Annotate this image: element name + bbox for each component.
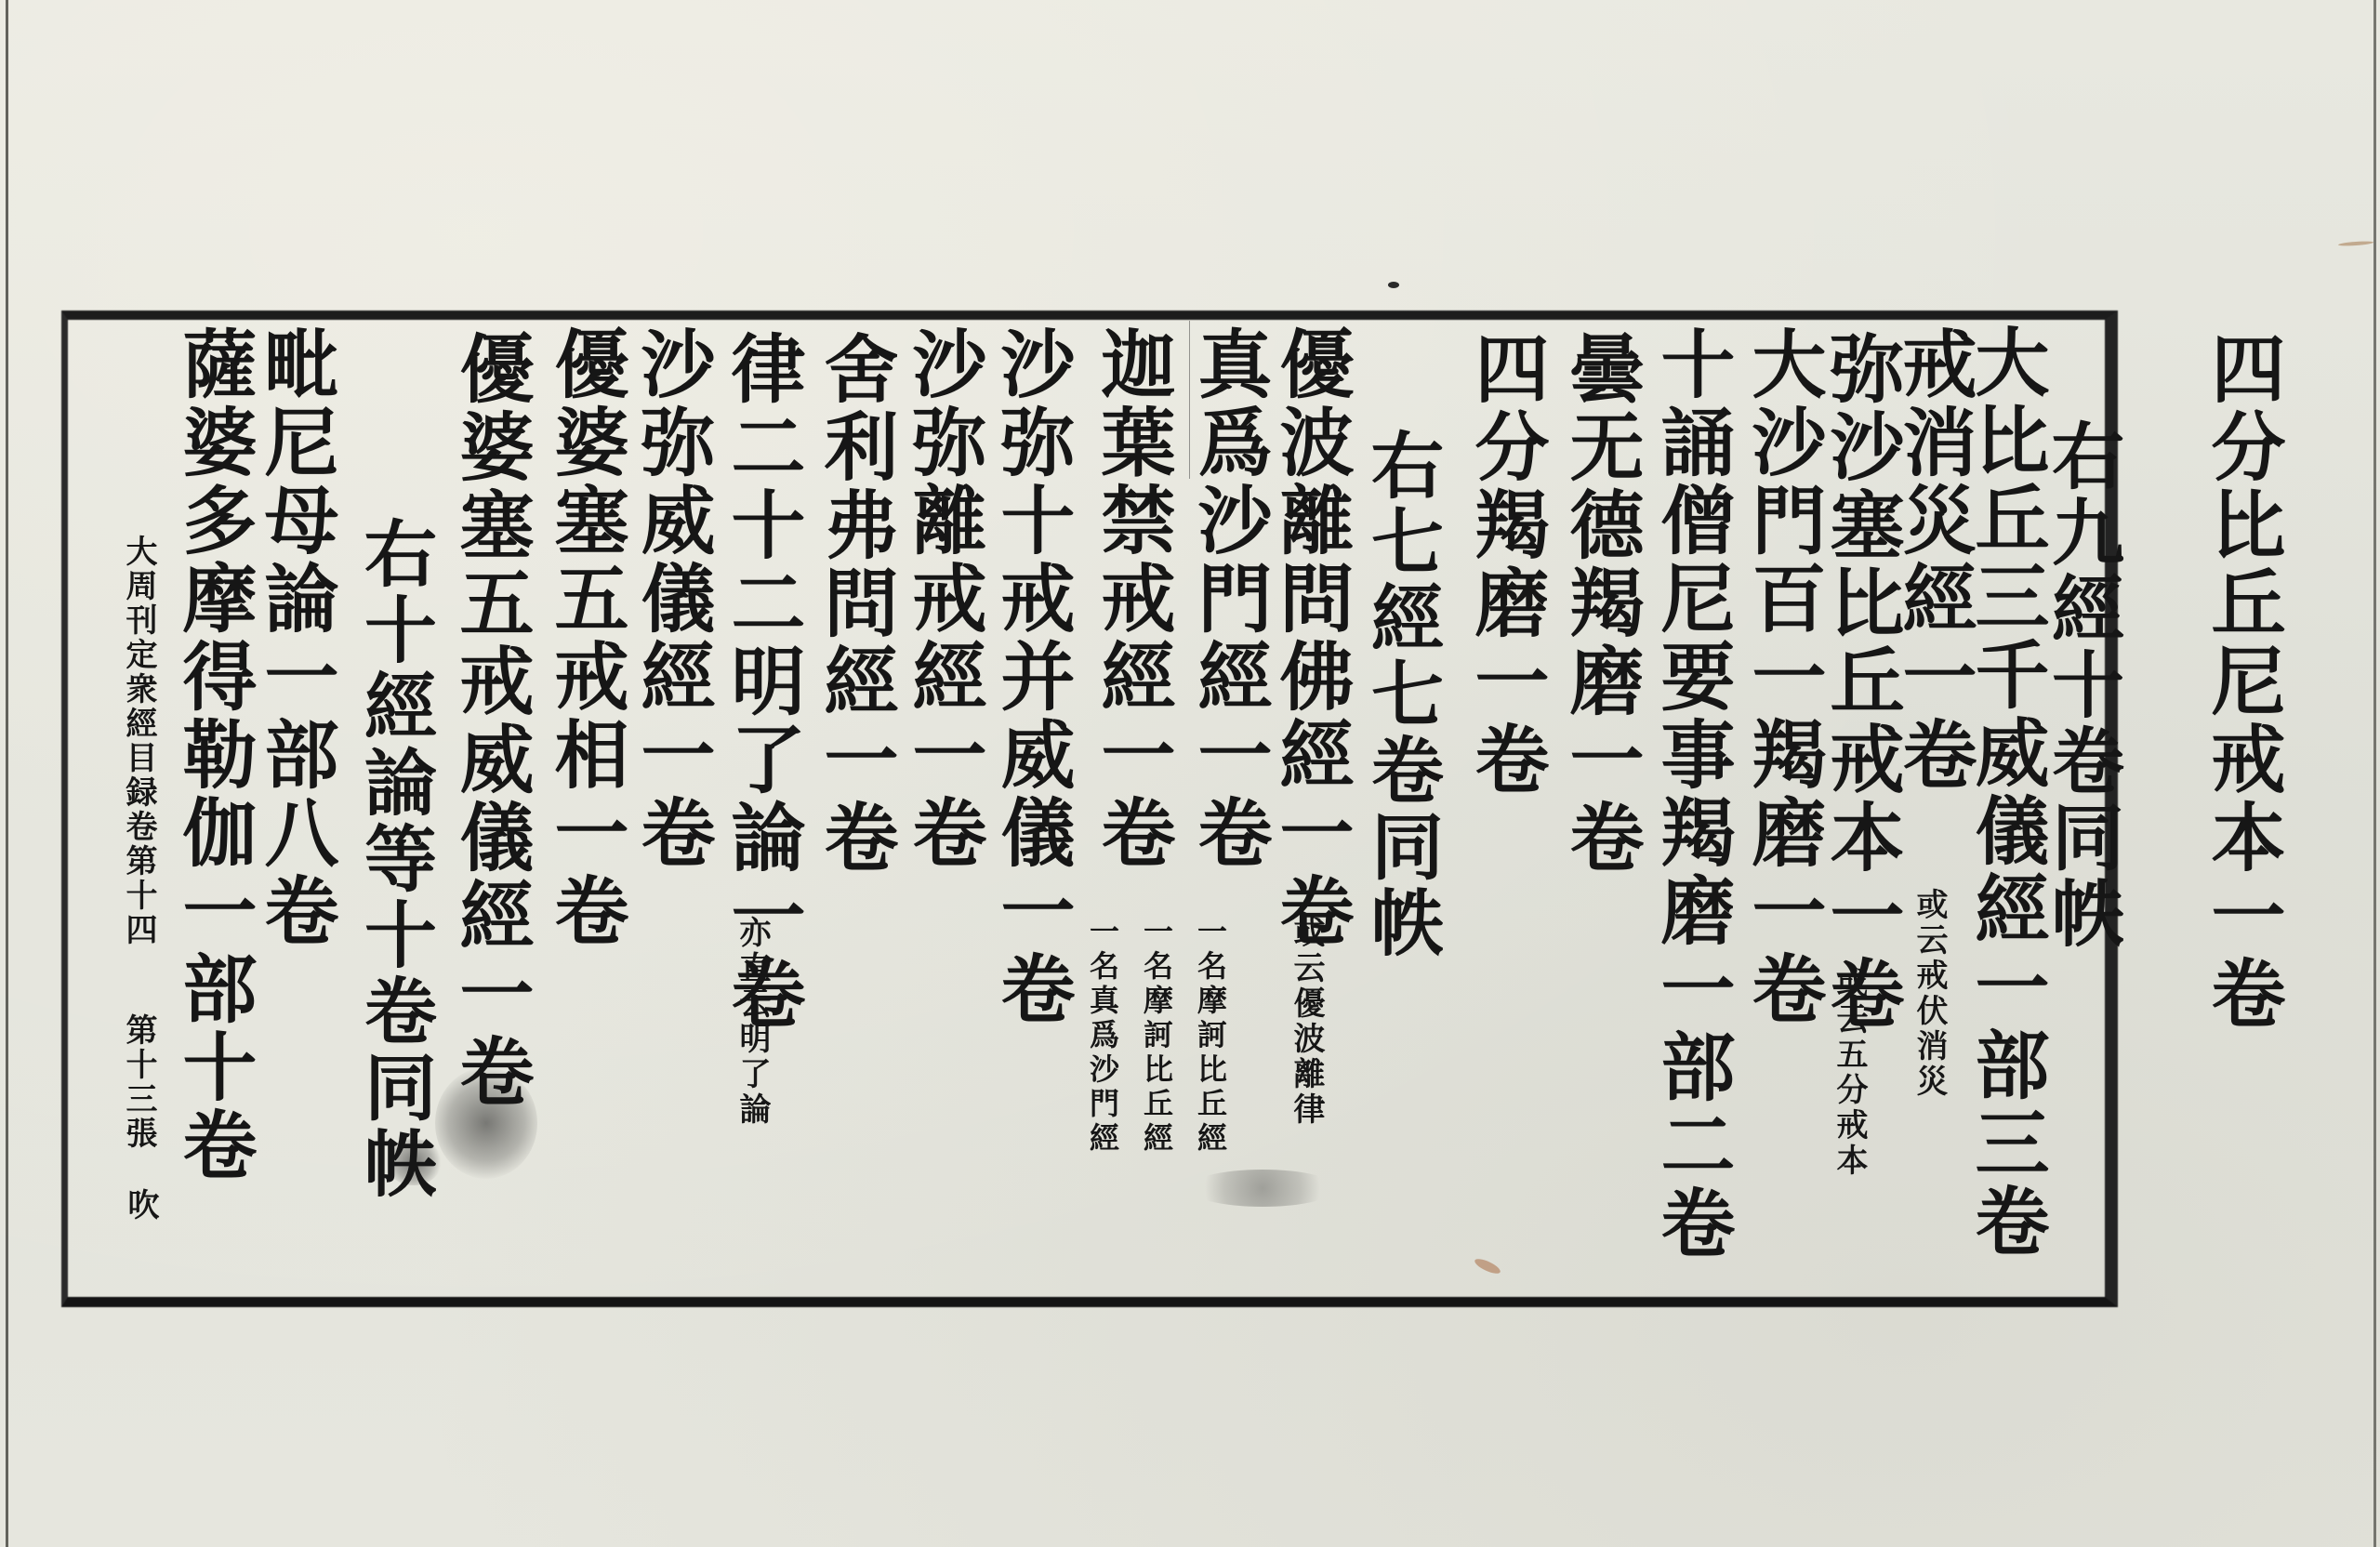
entry-column: 曇无德羯磨一卷 bbox=[1564, 330, 1638, 877]
entry-column: 四分比丘尼戒本一卷 bbox=[2205, 330, 2280, 1033]
summary-column: 右七經七卷同帙 bbox=[1365, 428, 1437, 961]
ink-smudge bbox=[1188, 1170, 1337, 1207]
page-right-edge bbox=[2373, 0, 2376, 1547]
entry-column: 大沙門百一羯磨一卷 bbox=[1746, 325, 1820, 1028]
page-left-edge bbox=[6, 0, 8, 1547]
entry-column: 優波離問佛經一卷 bbox=[1274, 325, 1348, 950]
entry-column: 戒消災經一卷 bbox=[1897, 325, 1971, 794]
entry-column: 四分羯磨一卷 bbox=[1469, 330, 1543, 799]
annotation-note: 或云戒伏消災 bbox=[1913, 888, 1945, 1100]
entry-column: 沙弥十戒并威儀一卷 bbox=[995, 325, 1069, 1028]
entry-column: 沙弥離戒經一卷 bbox=[906, 325, 981, 872]
page-number-label: 第十三張 bbox=[123, 1013, 154, 1151]
annotation-note: 一名真爲沙門經 bbox=[1088, 916, 1117, 1157]
entry-column: 薩婆多摩得勒伽一部十卷 bbox=[177, 325, 251, 1184]
annotation-note: 或云五分戒本 bbox=[1833, 967, 1865, 1179]
entry-column: 優婆塞五戒威儀經一卷 bbox=[454, 330, 528, 1111]
paper-stain bbox=[1388, 282, 1399, 288]
annotation-note: 或云優波離律 bbox=[1290, 916, 1322, 1128]
entry-column: 弥沙塞比丘戒本一卷 bbox=[1824, 330, 1898, 1033]
entry-column: 優婆塞五戒相一卷 bbox=[549, 325, 623, 950]
block-mark: 吹 bbox=[125, 1188, 156, 1220]
volume-label: 大周刊定衆經目録卷第十四 bbox=[123, 535, 154, 947]
entry-column: 毗尼母論一部八卷 bbox=[258, 325, 333, 950]
annotation-note: 一名摩訶比丘經 bbox=[1142, 916, 1171, 1157]
summary-column: 右九經十卷同帙 bbox=[2045, 418, 2118, 952]
entry-column: 真爲沙門經一卷 bbox=[1192, 325, 1266, 872]
entry-column: 舍利弗問經一卷 bbox=[818, 330, 892, 877]
entry-column: 迦葉禁戒經一卷 bbox=[1095, 325, 1170, 872]
summary-column: 右十經論等十卷同帙 bbox=[358, 516, 430, 1202]
entry-column: 十誦僧尼要事羯磨一部二卷 bbox=[1655, 325, 1729, 1263]
entry-column: 大比丘三千威儀經一部三卷 bbox=[1969, 324, 2043, 1261]
annotation-note: 一名摩訶比丘經 bbox=[1196, 916, 1225, 1157]
entry-column: 沙弥威儀經一卷 bbox=[635, 325, 709, 872]
annotation-note: 亦直云明了論 bbox=[736, 916, 768, 1128]
